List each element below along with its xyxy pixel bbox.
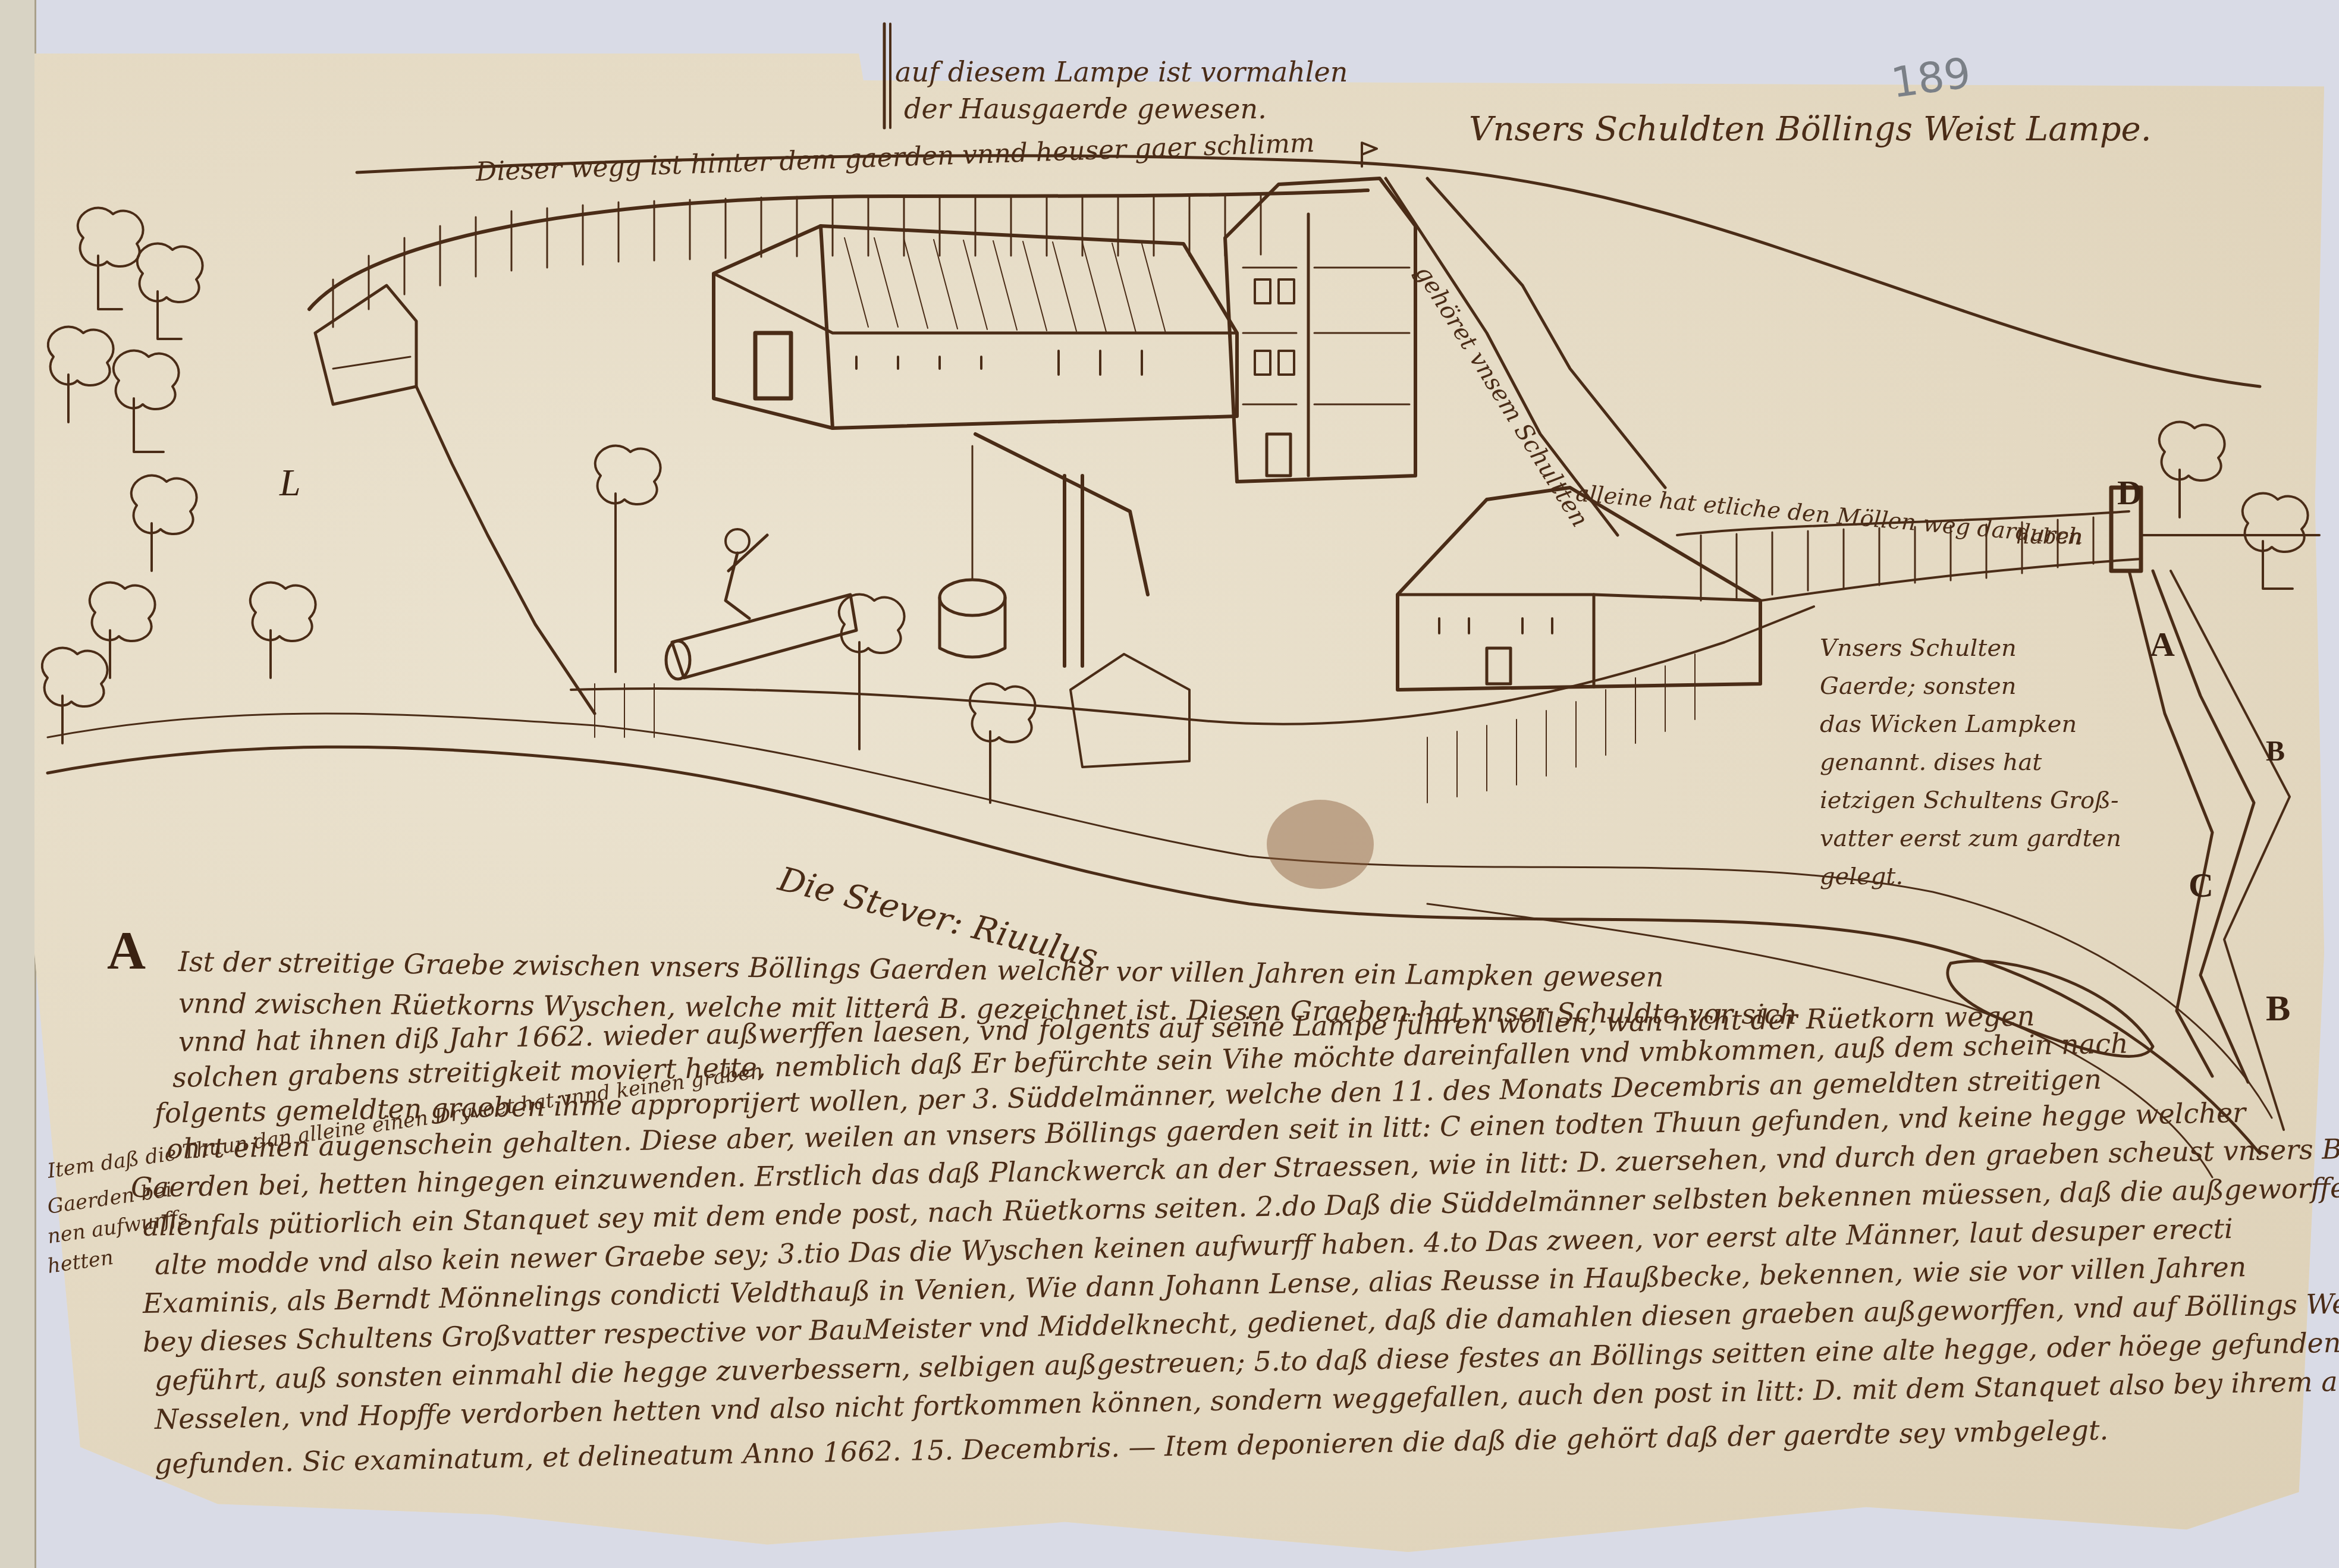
top-note-line2: der Hausgaerde gewesen. [904,95,1267,122]
map-letter-C: C [2189,868,2214,903]
map-letter-A-right: A [2150,627,2175,662]
right-note-line: das Wicken Lampken [1820,712,2121,736]
right-note-line: ietzigen Schultens Groß- [1820,788,2121,812]
map-letter-L: L [280,464,301,502]
legend-key-letter: A [107,925,146,978]
right-note-line: vatter eerst zum gardten [1820,827,2121,850]
right-note-line: Gaerde; sonsten [1820,674,2121,698]
right-note: Vnsers Schulten Gaerde; sonsten das Wick… [1820,636,2121,888]
right-note-line: Vnsers Schulten [1820,636,2121,660]
top-note-line1: auf diesem Lampe ist vormahlen [895,58,1348,86]
map-letter-B-upper: B [2266,737,2285,766]
map-letter-D: D [2117,476,2142,510]
map-title: Vnsers Schuldten Böllings Weist Lampe. [1469,113,2151,146]
right-note-line: gelegt. [1820,865,2121,888]
right-note-line: genannt. dises hat [1820,750,2121,774]
fence-note-line2: haben [2016,526,2083,548]
map-letter-B-lower: B [2266,990,2290,1027]
